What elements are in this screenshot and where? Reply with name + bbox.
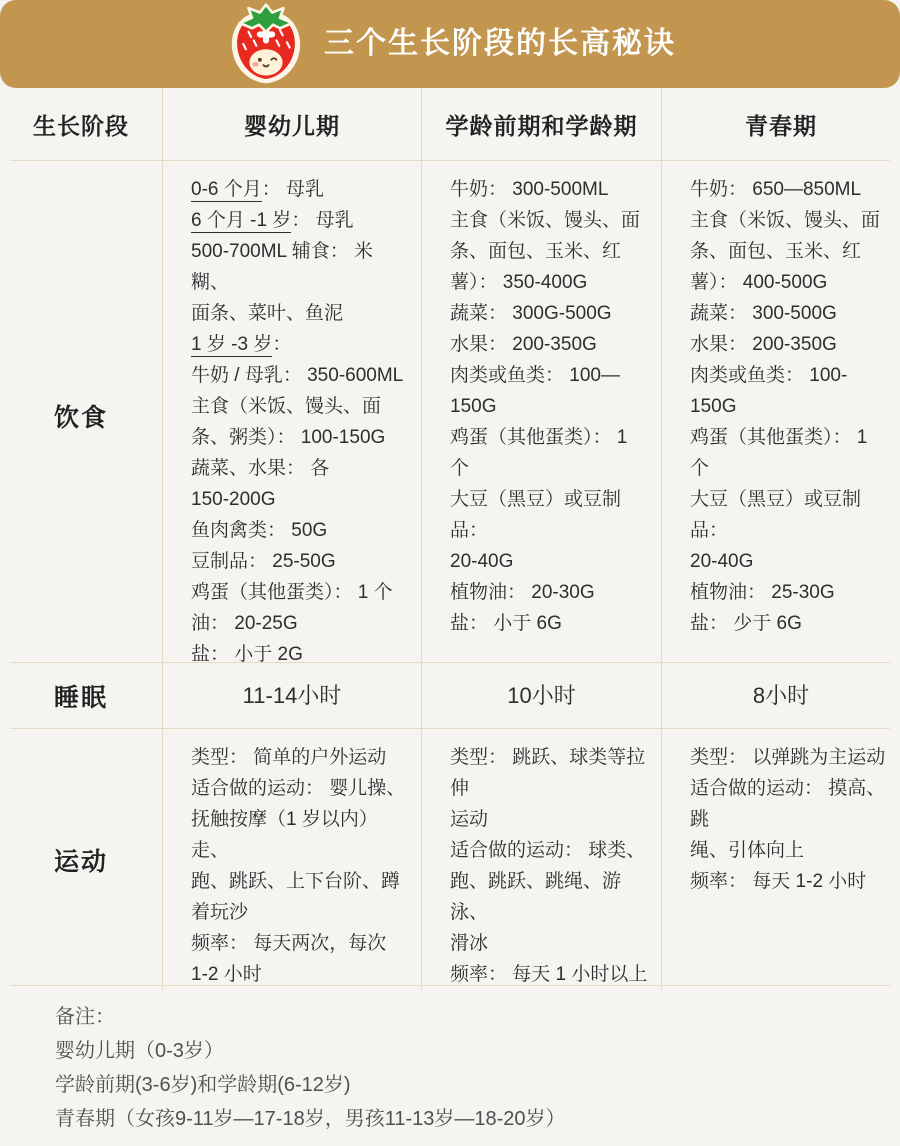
cell-sport-col3: 类型： 以弹跳为主运动适合做的运动： 摸高、跳绳、引体向上频率： 每天 1-2 … [662, 729, 900, 990]
row-label-sleep: 睡眠 [0, 663, 163, 728]
cell-line: 牛奶： 300-500ML [450, 174, 649, 205]
cell-line: 鸡蛋（其他蛋类）： 1 个 [450, 422, 649, 484]
cell-text: 条、粥类）： 100-150G [191, 427, 385, 448]
cell-line: 蔬菜： 300G-500G [450, 298, 649, 329]
cell-sleep-col3: 8小时 [662, 663, 900, 728]
cell-line: 150-200G [191, 484, 409, 515]
cell-text: 肉类或鱼类： 100-150G [690, 365, 847, 417]
header-banner: 三个生长阶段的长高秘诀 [0, 0, 900, 88]
cell-text: 20-40G [690, 551, 753, 572]
cell-line: 条、面包、玉米、红 [690, 236, 888, 267]
table-row-sport: 运动类型： 简单的户外运动适合做的运动： 婴儿操、抚触按摩（1 岁以内）走、跑、… [0, 729, 900, 985]
cell-line: 肉类或鱼类： 100-150G [690, 360, 888, 422]
cell-text: 类型： 跳跃、球类等拉伸 [450, 747, 645, 799]
cell-text: 盐： 小于 6G [450, 613, 562, 634]
cell-text: 条、面包、玉米、红 [450, 241, 621, 262]
cell-line: 1 岁 -3 岁： [191, 329, 409, 360]
column-header-1: 婴幼儿期 [163, 88, 422, 160]
note-line: 婴幼儿期（0-3岁） [55, 1034, 880, 1068]
table-row-diet: 饮食0-6 个月： 母乳6 个月 -1 岁： 母乳500-700ML 辅食： 米… [0, 161, 900, 662]
column-header-2: 学龄前期和学龄期 [422, 88, 662, 160]
cell-line: 500-700ML 辅食： 米糊、 [191, 236, 409, 298]
cell-text: 1 岁 -3 岁 [191, 334, 272, 357]
cell-line: 抚触按摩（1 岁以内）走、 [191, 804, 409, 866]
cell-line: 豆制品： 25-50G [191, 546, 409, 577]
cell-text: 频率： 每天 1-2 小时 [690, 871, 866, 892]
cell-text: 蔬菜： 300G-500G [450, 303, 612, 324]
cell-text: 绳、引体向上 [690, 840, 804, 861]
cell-line: 薯）： 400-500G [690, 267, 888, 298]
cell-line: 大豆（黑豆）或豆制品： [450, 484, 649, 546]
cell-line: 植物油： 25-30G [690, 577, 888, 608]
cell-text: 水果： 200-350G [450, 334, 597, 355]
cell-text: 牛奶 / 母乳： 350-600ML [191, 365, 403, 386]
cell-text: 鸡蛋（其他蛋类）： 1 个 [450, 427, 627, 479]
cell-line: 类型： 跳跃、球类等拉伸 [450, 742, 649, 804]
cell-line: 运动 [450, 804, 649, 835]
cell-text: 8小时 [753, 683, 809, 708]
cell-text: 抚触按摩（1 岁以内）走、 [191, 809, 378, 861]
cell-line: 适合做的运动： 球类、 [450, 835, 649, 866]
cell-line: 适合做的运动： 婴儿操、 [191, 773, 409, 804]
cell-sport-col2: 类型： 跳跃、球类等拉伸运动适合做的运动： 球类、跑、跳跃、跳绳、游泳、滑冰频率… [422, 729, 662, 990]
cell-text: 植物油： 25-30G [690, 582, 835, 603]
cell-text: 薯）： 400-500G [690, 272, 827, 293]
cell-text: 豆制品： 25-50G [191, 551, 336, 572]
cell-line: 频率： 每天两次，每次 [191, 928, 409, 959]
cell-text: 跑、跳跃、上下台阶、蹲 [191, 871, 400, 892]
cell-line: 类型： 以弹跳为主运动 [690, 742, 888, 773]
cell-line: 面条、菜叶、鱼泥 [191, 298, 409, 329]
cell-text: 频率： 每天 1 小时以上 [450, 964, 647, 985]
cell-line: 大豆（黑豆）或豆制品： [690, 484, 888, 546]
cell-line: 鸡蛋（其他蛋类）： 1 个 [690, 422, 888, 484]
cell-line: 条、粥类）： 100-150G [191, 422, 409, 453]
cell-line: 适合做的运动： 摸高、跳 [690, 773, 888, 835]
cell-text: 肉类或鱼类： 100—150G [450, 365, 620, 417]
cell-text: ： [272, 334, 291, 355]
strawberry-mascot-icon [224, 2, 308, 86]
cell-line: 蔬菜、水果： 各 [191, 453, 409, 484]
cell-text: 植物油： 20-30G [450, 582, 595, 603]
cell-line: 10小时 [507, 680, 575, 711]
cell-text: 鱼肉禽类： 50G [191, 520, 327, 541]
cell-text: 11-14小时 [243, 683, 342, 708]
table-row-sleep: 睡眠11-14小时10小时8小时 [0, 663, 900, 728]
cell-line: 水果： 200-350G [450, 329, 649, 360]
cell-line: 薯）： 350-400G [450, 267, 649, 298]
cell-line: 主食（米饭、馒头、面 [450, 205, 649, 236]
cell-line: 6 个月 -1 岁： 母乳 [191, 205, 409, 236]
cell-text: 主食（米饭、馒头、面 [450, 210, 640, 231]
cell-text: 150-200G [191, 489, 276, 510]
cell-line: 蔬菜： 300-500G [690, 298, 888, 329]
cell-line: 鱼肉禽类： 50G [191, 515, 409, 546]
cell-line: 频率： 每天 1-2 小时 [690, 866, 888, 897]
cell-text: 主食（米饭、馒头、面 [690, 210, 880, 231]
row-label-sport: 运动 [0, 729, 163, 990]
cell-text: 薯）： 350-400G [450, 272, 587, 293]
cell-line: 植物油： 20-30G [450, 577, 649, 608]
notes-label: 备注： [55, 1000, 880, 1034]
column-header-0: 生长阶段 [0, 88, 163, 160]
cell-line: 着玩沙 [191, 897, 409, 928]
cell-text: 盐： 少于 6G [690, 613, 802, 634]
cell-line: 主食（米饭、馒头、面 [191, 391, 409, 422]
cell-line: 0-6 个月： 母乳 [191, 174, 409, 205]
cell-sport-col1: 类型： 简单的户外运动适合做的运动： 婴儿操、抚触按摩（1 岁以内）走、跑、跳跃… [163, 729, 422, 990]
cell-text: 着玩沙 [191, 902, 248, 923]
cell-text: 蔬菜、水果： 各 [191, 458, 329, 479]
cell-line: 1-2 小时 [191, 959, 409, 990]
page-title: 三个生长阶段的长高秘诀 [324, 29, 676, 59]
cell-diet-col1: 0-6 个月： 母乳6 个月 -1 岁： 母乳500-700ML 辅食： 米糊、… [163, 161, 422, 670]
cell-text: 类型： 以弹跳为主运动 [690, 747, 885, 768]
cell-line: 盐： 少于 6G [690, 608, 888, 639]
cell-text: 面条、菜叶、鱼泥 [191, 303, 343, 324]
cell-text: ： 母乳 [291, 210, 353, 231]
cell-text: 频率： 每天两次，每次 [191, 933, 386, 954]
note-line: 学龄前期(3-6岁)和学龄期(6-12岁) [55, 1068, 880, 1102]
cell-text: 0-6 个月 [191, 179, 262, 202]
notes-section: 备注： 婴幼儿期（0-3岁）学龄前期(3-6岁)和学龄期(6-12岁)青春期（女… [0, 986, 900, 1136]
cell-text: 500-700ML 辅食： 米糊、 [191, 241, 373, 293]
cell-text: 大豆（黑豆）或豆制品： [690, 489, 861, 541]
table-header-row: 生长阶段婴幼儿期学龄前期和学龄期青春期 [0, 88, 900, 160]
cell-line: 主食（米饭、馒头、面 [690, 205, 888, 236]
cell-text: 牛奶： 650—850ML [690, 179, 861, 200]
cell-line: 滑冰 [450, 928, 649, 959]
cell-text: 滑冰 [450, 933, 488, 954]
cell-line: 油： 20-25G [191, 608, 409, 639]
cell-line: 类型： 简单的户外运动 [191, 742, 409, 773]
cell-text: 10小时 [507, 683, 575, 708]
cell-line: 频率： 每天 1 小时以上 [450, 959, 649, 990]
cell-sleep-col1: 11-14小时 [163, 663, 422, 728]
cell-line: 鸡蛋（其他蛋类）： 1 个 [191, 577, 409, 608]
cell-text: 鸡蛋（其他蛋类）： 1 个 [191, 582, 393, 603]
row-label-diet: 饮食 [0, 161, 163, 670]
cell-line: 肉类或鱼类： 100—150G [450, 360, 649, 422]
cell-text: 鸡蛋（其他蛋类）： 1 个 [690, 427, 867, 479]
cell-line: 牛奶： 650—850ML [690, 174, 888, 205]
cell-text: 蔬菜： 300-500G [690, 303, 837, 324]
cell-line: 绳、引体向上 [690, 835, 888, 866]
cell-text: 主食（米饭、馒头、面 [191, 396, 381, 417]
cell-line: 11-14小时 [243, 680, 342, 711]
cell-text: 20-40G [450, 551, 513, 572]
cell-line: 20-40G [450, 546, 649, 577]
cell-text: 适合做的运动： 球类、 [450, 840, 645, 861]
cell-sleep-col2: 10小时 [422, 663, 662, 728]
cell-text: 6 个月 -1 岁 [191, 210, 291, 233]
cell-text: 盐： 小于 2G [191, 644, 303, 665]
cell-text: 油： 20-25G [191, 613, 298, 634]
cell-line: 盐： 小于 6G [450, 608, 649, 639]
cell-line: 跑、跳跃、跳绳、游泳、 [450, 866, 649, 928]
cell-diet-col2: 牛奶： 300-500ML主食（米饭、馒头、面条、面包、玉米、红薯）： 350-… [422, 161, 662, 670]
cell-line: 牛奶 / 母乳： 350-600ML [191, 360, 409, 391]
cell-text: ： 母乳 [262, 179, 324, 200]
cell-text: 类型： 简单的户外运动 [191, 747, 386, 768]
cell-line: 8小时 [753, 680, 809, 711]
cell-text: 适合做的运动： 摸高、跳 [690, 778, 885, 830]
cell-text: 适合做的运动： 婴儿操、 [191, 778, 405, 799]
cell-diet-col3: 牛奶： 650—850ML主食（米饭、馒头、面条、面包、玉米、红薯）： 400-… [662, 161, 900, 670]
cell-line: 水果： 200-350G [690, 329, 888, 360]
cell-text: 大豆（黑豆）或豆制品： [450, 489, 621, 541]
cell-line: 跑、跳跃、上下台阶、蹲 [191, 866, 409, 897]
notes-lines: 婴幼儿期（0-3岁）学龄前期(3-6岁)和学龄期(6-12岁)青春期（女孩9-1… [55, 1034, 880, 1136]
cell-line: 20-40G [690, 546, 888, 577]
cell-text: 牛奶： 300-500ML [450, 179, 608, 200]
note-line: 青春期（女孩9-11岁—17-18岁，男孩11-13岁—18-20岁） [55, 1102, 880, 1136]
cell-text: 条、面包、玉米、红 [690, 241, 861, 262]
column-header-3: 青春期 [662, 88, 900, 160]
growth-stages-table: 生长阶段婴幼儿期学龄前期和学龄期青春期饮食0-6 个月： 母乳6 个月 -1 岁… [0, 88, 900, 986]
cell-text: 1-2 小时 [191, 964, 262, 985]
cell-text: 水果： 200-350G [690, 334, 837, 355]
cell-line: 条、面包、玉米、红 [450, 236, 649, 267]
cell-text: 运动 [450, 809, 488, 830]
cell-text: 跑、跳跃、跳绳、游泳、 [450, 871, 621, 923]
